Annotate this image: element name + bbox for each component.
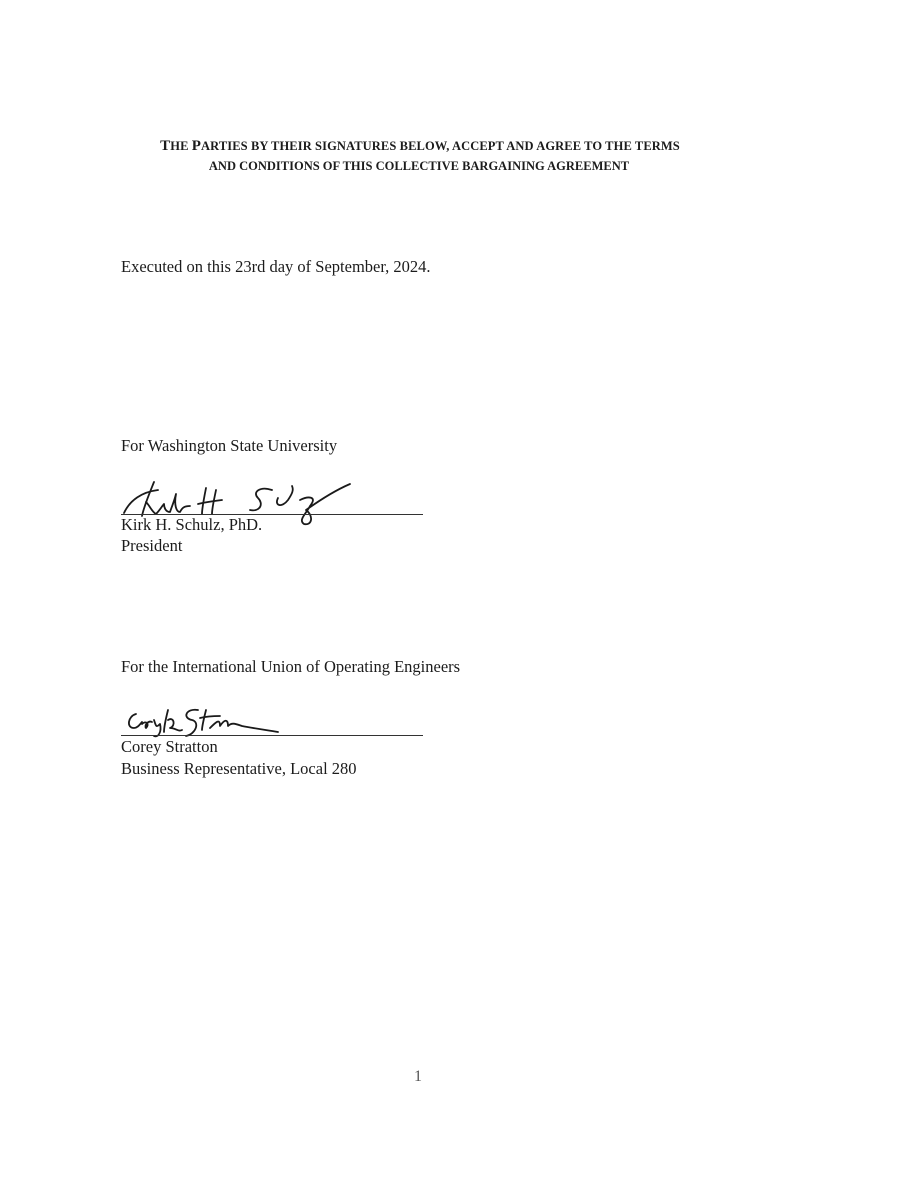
signer-name-stratton: Corey Stratton xyxy=(121,737,218,757)
party-label-iuoe: For the International Union of Operating… xyxy=(121,657,460,677)
page-number: 1 xyxy=(414,1068,422,1086)
signature-line xyxy=(121,735,423,736)
heading-text: HE xyxy=(170,139,192,153)
agreement-heading: THE PARTIES BY THEIR SIGNATURES BELOW, A… xyxy=(0,136,840,176)
heading-cap: T xyxy=(160,138,170,154)
signer-title-stratton: Business Representative, Local 280 xyxy=(121,759,357,779)
party-label-wsu: For Washington State University xyxy=(121,436,337,456)
heading-line-1: THE PARTIES BY THEIR SIGNATURES BELOW, A… xyxy=(0,136,840,156)
signer-name-schulz: Kirk H. Schulz, PhD. xyxy=(121,515,262,535)
executed-date-text: Executed on this 23rd day of September, … xyxy=(121,257,431,277)
signer-title-schulz: President xyxy=(121,536,182,556)
heading-text: ARTIES BY THEIR SIGNATURES BELOW, ACCEPT… xyxy=(201,139,680,153)
heading-line-2: AND CONDITIONS OF THIS COLLECTIVE BARGAI… xyxy=(0,156,839,176)
heading-cap: P xyxy=(192,138,201,154)
